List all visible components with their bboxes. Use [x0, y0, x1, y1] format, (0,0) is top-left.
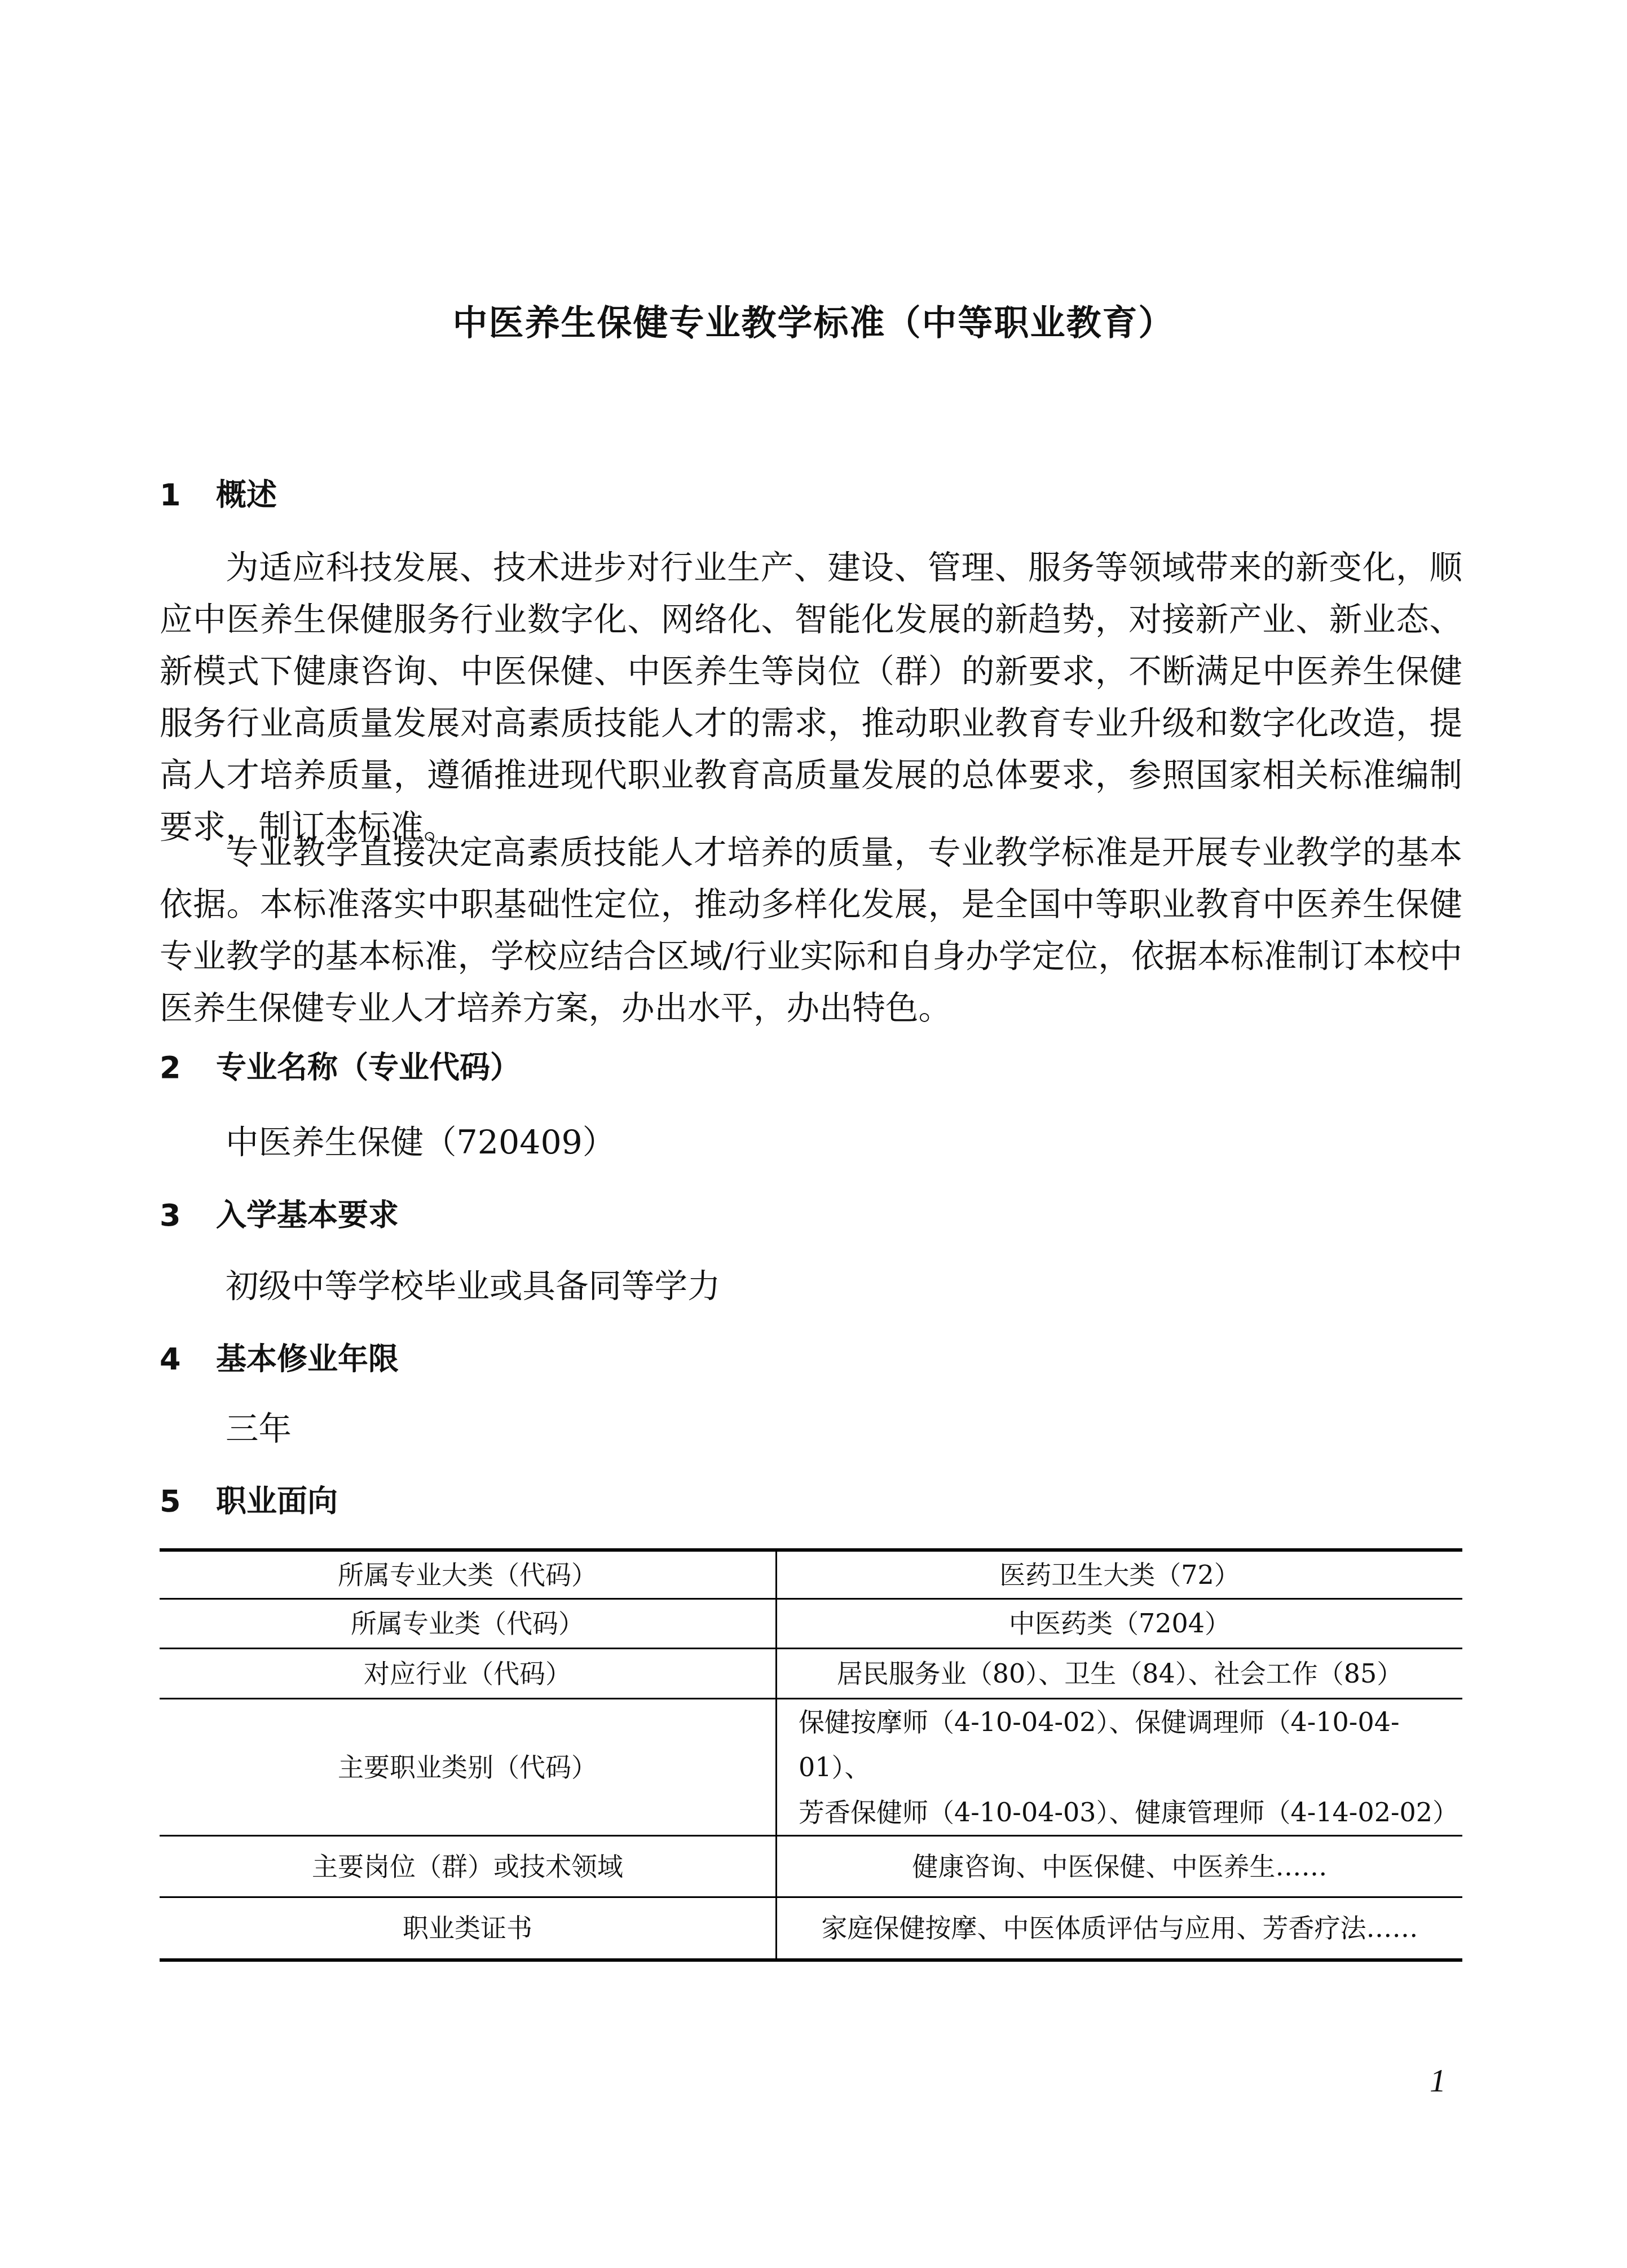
- row-value-line: 保健按摩师（4-10-04-02）、保健调理师（4-10-04-01）、: [794, 1699, 1445, 1790]
- table-row: 所属专业类（代码） 中医药类（7204）: [160, 1598, 1462, 1648]
- row-value: 医药卫生大类（72）: [777, 1550, 1463, 1598]
- section-number: 4: [160, 1337, 216, 1382]
- section-title: 概述: [216, 473, 277, 518]
- section-number: 2: [160, 1045, 216, 1090]
- major-name-value: 中医养生保健（720409）: [226, 1120, 615, 1165]
- table-row: 对应行业（代码） 居民服务业（80）、卫生（84）、社会工作（85）: [160, 1648, 1462, 1698]
- section-title: 基本修业年限: [216, 1337, 399, 1382]
- row-value: 保健按摩师（4-10-04-02）、保健调理师（4-10-04-01）、 芳香保…: [777, 1698, 1463, 1835]
- row-value-line: 芳香保健师（4-10-04-03）、健康管理师（4-14-02-02）: [794, 1790, 1445, 1835]
- table-row: 主要岗位（群）或技术领域 健康咨询、中医保健、中医养生……: [160, 1835, 1462, 1897]
- row-value: 健康咨询、中医保健、中医养生……: [777, 1835, 1463, 1897]
- document-title: 中医养生保健专业教学标准（中等职业教育）: [0, 298, 1627, 349]
- page-number: 1: [1430, 2062, 1446, 2099]
- section-heading-overview: 1 概述: [160, 473, 277, 518]
- row-label: 主要岗位（群）或技术领域: [160, 1835, 777, 1897]
- section-heading-major-name: 2 专业名称（专业代码）: [160, 1045, 521, 1090]
- table-row: 职业类证书 家庭保健按摩、中医体质评估与应用、芳香疗法……: [160, 1897, 1462, 1960]
- table-row: 主要职业类别（代码） 保健按摩师（4-10-04-02）、保健调理师（4-10-…: [160, 1698, 1462, 1835]
- section-heading-admission: 3 入学基本要求: [160, 1193, 399, 1238]
- section-title: 专业名称（专业代码）: [216, 1045, 521, 1090]
- row-label: 对应行业（代码）: [160, 1648, 777, 1698]
- row-label: 所属专业大类（代码）: [160, 1550, 777, 1598]
- row-value: 家庭保健按摩、中医体质评估与应用、芳香疗法……: [777, 1897, 1463, 1960]
- row-value: 居民服务业（80）、卫生（84）、社会工作（85）: [777, 1648, 1463, 1698]
- section-heading-career: 5 职业面向: [160, 1479, 338, 1524]
- row-label: 主要职业类别（代码）: [160, 1698, 777, 1835]
- section-number: 5: [160, 1479, 216, 1524]
- section-title: 职业面向: [216, 1479, 338, 1524]
- admission-value: 初级中等学校毕业或具备同等学力: [226, 1263, 721, 1309]
- section-heading-duration: 4 基本修业年限: [160, 1337, 399, 1382]
- overview-paragraph-1: 为适应科技发展、技术进步对行业生产、建设、管理、服务等领域带来的新变化，顺应中医…: [160, 541, 1462, 853]
- duration-value: 三年: [226, 1406, 292, 1451]
- overview-paragraph-2: 专业教学直接决定高素质技能人才培养的质量，专业教学标准是开展专业教学的基本依据。…: [160, 826, 1462, 1034]
- section-number: 3: [160, 1193, 216, 1238]
- row-label: 职业类证书: [160, 1897, 777, 1960]
- row-value: 中医药类（7204）: [777, 1598, 1463, 1648]
- table-row: 所属专业大类（代码） 医药卫生大类（72）: [160, 1550, 1462, 1598]
- career-orientation-table: 所属专业大类（代码） 医药卫生大类（72） 所属专业类（代码） 中医药类（720…: [160, 1548, 1462, 1962]
- section-title: 入学基本要求: [216, 1193, 399, 1238]
- row-label: 所属专业类（代码）: [160, 1598, 777, 1648]
- section-number: 1: [160, 473, 216, 518]
